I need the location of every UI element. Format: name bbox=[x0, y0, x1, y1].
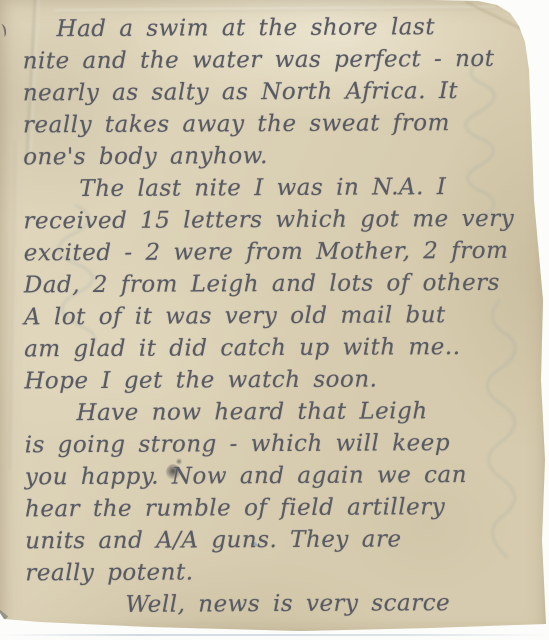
letter-paragraph-news: Well, news is very scarce bbox=[25, 587, 540, 622]
letter-line: you happy. Now and again we can bbox=[25, 459, 540, 494]
letter-line: nite and the water was perfect - not bbox=[23, 43, 538, 78]
letter-paragraph-swim: Had a swim at the shore last nite and th… bbox=[22, 11, 538, 174]
letter-paragraph-leigh: Have now heard that Leigh is going stron… bbox=[24, 395, 540, 590]
letter-line: A lot of it was very old mail but bbox=[24, 299, 539, 334]
letter-line: am glad it did catch up with me.. bbox=[24, 331, 539, 366]
letter-line: units and A/A guns. They are bbox=[25, 523, 540, 558]
letter-line: is going strong - which will keep bbox=[25, 427, 540, 462]
letter-line: really takes away the sweat from bbox=[23, 107, 538, 142]
letter-line: The last nite I was in N.A. I bbox=[79, 171, 538, 205]
letter-paper: Had a swim at the shore last nite and th… bbox=[0, 0, 549, 640]
letter-body: Had a swim at the shore last nite and th… bbox=[22, 11, 540, 622]
letter-line: received 15 letters which got me very bbox=[23, 203, 538, 238]
letter-line: Have now heard that Leigh bbox=[76, 395, 539, 429]
letter-paragraph-mail: The last nite I was in N.A. I received 1… bbox=[23, 171, 539, 398]
letter-line: Dad, 2 from Leigh and lots of others bbox=[24, 267, 539, 302]
letter-line: Well, news is very scarce bbox=[125, 587, 540, 621]
letter-line: one's body anyhow. bbox=[23, 139, 538, 174]
scanner-shadow-line bbox=[0, 634, 549, 636]
letter-line: hear the rumble of field artillery bbox=[25, 491, 540, 526]
letter-line: really potent. bbox=[25, 555, 540, 590]
letter-line: nearly as salty as North Africa. It bbox=[23, 75, 538, 110]
letter-line: Had a swim at the shore last bbox=[56, 11, 537, 46]
scanned-letter-page: Had a swim at the shore last nite and th… bbox=[0, 0, 549, 640]
letter-line: excited - 2 were from Mother, 2 from bbox=[24, 235, 539, 270]
letter-line: Hope I get the watch soon. bbox=[24, 363, 539, 398]
